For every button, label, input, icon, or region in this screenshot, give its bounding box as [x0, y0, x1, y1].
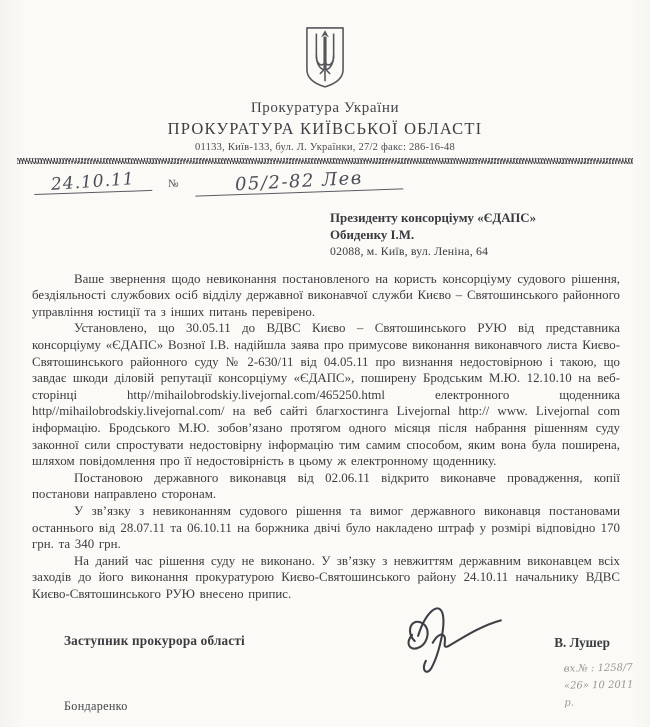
scanned-letter-page: Прокуратура України ПРОКУРАТУРА КИЇВСЬКО…	[0, 0, 650, 727]
hatched-divider	[17, 158, 633, 164]
addressee-address: 02088, м. Київ, вул. Леніна, 64	[330, 244, 650, 260]
registration-pencil-note: вх.№ : 1258/7 «26» 10 2011 р.	[564, 659, 647, 711]
ukraine-trident-icon	[301, 24, 349, 95]
org-name-oblast: ПРОКУРАТУРА КИЇВСЬКОЇ ОБЛАСТІ	[0, 119, 650, 139]
outgoing-date-handwritten: 24.10.11	[51, 169, 136, 195]
signer-name: В. Лушер	[554, 635, 610, 651]
signer-title: Заступник прокурора області	[64, 633, 245, 649]
letterhead-address: 01133, Київ-133, бул. Л. Українки, 27/2 …	[0, 142, 650, 153]
addressee-block: Президенту консорціуму «ЄДАПС» Обиденку …	[330, 210, 650, 260]
letterhead: Прокуратура України ПРОКУРАТУРА КИЇВСЬКО…	[0, 0, 650, 153]
number-sign: №	[168, 178, 179, 193]
registration-date: «26» 10 2011 р.	[564, 676, 647, 711]
registration-number: вх.№ : 1258/7	[564, 659, 646, 677]
paragraph: На даний час рішення суду не виконано. У…	[32, 553, 620, 603]
reference-line: 24.10.11 № 05/2-82 Лев	[34, 165, 650, 193]
paragraph: Установлено, що 30.05.11 до ВДВС Києво –…	[32, 320, 620, 469]
executor-name: Бондаренко	[64, 699, 650, 714]
outgoing-number-handwritten: 05/2-82 Лев	[234, 168, 363, 196]
addressee-name: Обиденку І.М.	[330, 227, 650, 244]
paragraph: Ваше звернення щодо невиконання постанов…	[32, 271, 620, 321]
addressee-title: Президенту консорціуму «ЄДАПС»	[330, 210, 650, 227]
letter-body: Ваше звернення щодо невиконання постанов…	[32, 271, 620, 603]
outgoing-date-field: 24.10.11	[34, 170, 153, 195]
outgoing-number-field: 05/2-82 Лев	[194, 167, 403, 196]
paragraph: У зв’язку з невиконанням судового рішенн…	[32, 503, 620, 553]
paragraph: Постановою державного виконавця від 02.0…	[32, 470, 620, 503]
signature-scribble-icon	[394, 585, 506, 690]
signature-block: Заступник прокурора області В. Лушер	[64, 633, 610, 651]
org-name-country: Прокуратура України	[0, 100, 650, 117]
